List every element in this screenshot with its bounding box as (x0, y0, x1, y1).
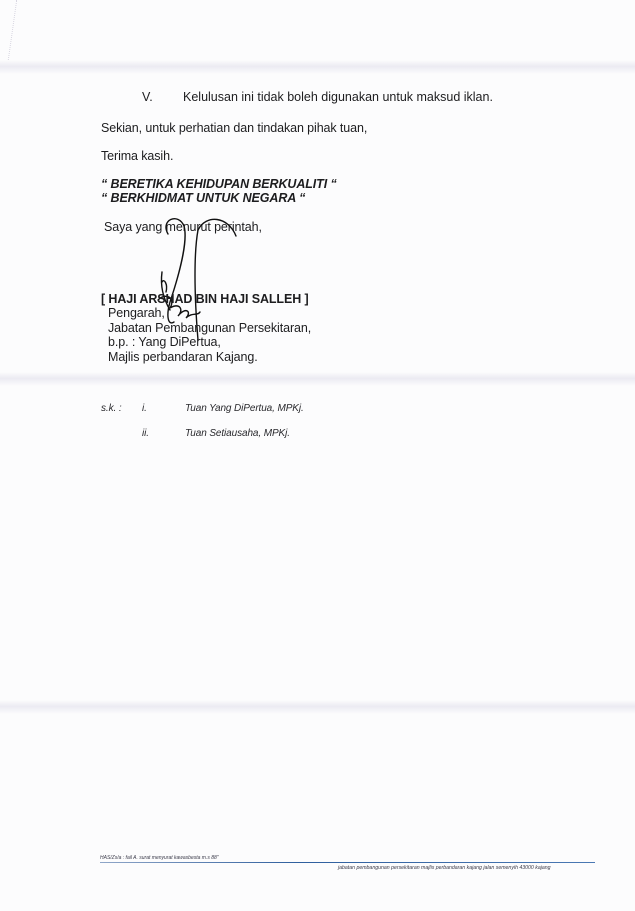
signatory-on-behalf: b.p. : Yang DiPertua, (108, 335, 221, 349)
cc-recipient-number: ii. (142, 428, 149, 439)
closing-line: Sekian, untuk perhatian dan tindakan pih… (101, 121, 367, 135)
cc-recipient-number: i. (142, 403, 147, 414)
footer-reference: HAS/Zs/a : fail A. surat menyurat kawasb… (100, 855, 219, 861)
motto-line-1: “ BERETIKA KEHIDUPAN BERKUALITI “ (101, 177, 337, 191)
motto-line-2: “ BERKHIDMAT UNTUK NEGARA “ (101, 191, 305, 205)
signatory-council: Majlis perbandaran Kajang. (108, 350, 258, 364)
item-number: V. (142, 90, 153, 104)
footer-divider (100, 862, 595, 863)
thanks-line: Terima kasih. (101, 149, 173, 163)
cc-label: s.k. : (101, 403, 122, 414)
fold-line (0, 60, 635, 74)
scanned-letter-page: V. Kelulusan ini tidak boleh digunakan u… (0, 0, 635, 911)
footer-address: jabatan pembangunan persekitaran majlis … (338, 865, 551, 871)
item-text: Kelulusan ini tidak boleh digunakan untu… (183, 90, 493, 104)
signatory-name: [ HAJI ARSHAD BIN HAJI SALLEH ] (101, 292, 309, 306)
cc-recipient-name: Tuan Setiausaha, MPKj. (185, 428, 290, 439)
fold-line (0, 700, 635, 714)
cc-recipient-name: Tuan Yang DiPertua, MPKj. (185, 403, 304, 414)
signatory-title: Pengarah, (108, 306, 165, 320)
scan-corner-artifact (8, 0, 57, 60)
fold-line (0, 372, 635, 386)
signatory-department: Jabatan Pembangunan Persekitaran, (108, 321, 311, 335)
